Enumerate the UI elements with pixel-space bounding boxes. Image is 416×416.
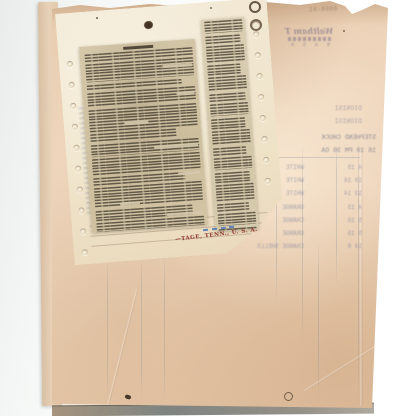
bleed-letterhead-city: N A S H bbox=[281, 42, 337, 48]
punch-hole bbox=[263, 157, 269, 163]
punch-hole bbox=[258, 94, 264, 100]
clipping-paragraph bbox=[204, 19, 243, 34]
paper-fleck bbox=[210, 7, 212, 9]
punch-hole bbox=[255, 52, 261, 58]
punch-hole bbox=[67, 61, 73, 67]
punch-hole bbox=[253, 31, 259, 37]
clipping-paragraph bbox=[214, 156, 253, 171]
bleed-note-line: DIONISI bbox=[282, 103, 362, 116]
bleed-note: DIONISI DIONISI bbox=[282, 103, 362, 128]
punch-hole bbox=[73, 144, 79, 150]
table-gridline bbox=[107, 262, 108, 396]
table-gridline bbox=[141, 260, 142, 398]
table-row: 14 8 CHANGE SHELLS bbox=[274, 240, 362, 253]
table-gridline bbox=[318, 246, 319, 398]
punch-hole bbox=[70, 103, 76, 109]
punch-hole bbox=[75, 165, 81, 171]
news-clipping bbox=[79, 39, 208, 233]
bleed-letterhead: Waltham T N A S H bbox=[281, 27, 337, 48]
row-label: WHITE bbox=[286, 161, 304, 174]
table-row: 4 15 WHITE bbox=[274, 161, 362, 174]
clipping-paragraph bbox=[209, 92, 245, 102]
row-time: 4 15 bbox=[304, 201, 362, 214]
punch-hole bbox=[265, 178, 271, 184]
corner-mark: 24-0000 bbox=[309, 6, 338, 14]
punch-hole bbox=[72, 124, 78, 130]
punch-hole bbox=[256, 73, 262, 79]
table-row: 5 15 ORANGE bbox=[274, 227, 362, 240]
clipping-paragraph bbox=[217, 202, 249, 212]
table-gridline bbox=[164, 258, 165, 400]
row-time: 5 15 bbox=[304, 227, 362, 240]
row-label: CHANGE SHELLS bbox=[257, 240, 304, 253]
table-row: 4 15 ORANGE bbox=[274, 201, 362, 214]
clipping-paragraph bbox=[213, 146, 246, 156]
clipping-paragraph bbox=[205, 34, 240, 44]
paper-fleck bbox=[343, 30, 345, 32]
clipping-paragraph bbox=[208, 75, 247, 92]
punch-hole-ring bbox=[249, 1, 261, 13]
bleed-header-line: 16 10 PM 30 OA bbox=[276, 144, 376, 157]
punch-hole-ring bbox=[250, 19, 262, 31]
row-time: 4 15 bbox=[304, 161, 362, 174]
clipping-paragraph bbox=[207, 63, 241, 75]
table-row: 5 16 CHANGE bbox=[274, 214, 362, 227]
paper-fleck bbox=[96, 17, 98, 19]
scanned-document-page: Waltham T N A S H DIONISI DIONISI STEPHE… bbox=[0, 0, 416, 416]
row-label: ORANGE bbox=[282, 201, 304, 214]
clipping-paragraph bbox=[210, 102, 249, 117]
punch-hole bbox=[80, 228, 86, 234]
punch-hole bbox=[68, 82, 74, 88]
bleed-note-line: DIONISI bbox=[282, 116, 362, 129]
row-time: 13 14 bbox=[304, 187, 362, 200]
clipping-paragraph bbox=[212, 129, 251, 146]
punch-hole-ring bbox=[284, 392, 293, 401]
bleed-header-line: STEPHEND CHUCK bbox=[276, 131, 376, 144]
row-time: 14 8 bbox=[304, 240, 362, 253]
row-time: 10 16 bbox=[304, 174, 362, 187]
clipping-paragraph bbox=[211, 117, 246, 129]
punch-hole bbox=[77, 186, 83, 192]
punch-hole bbox=[82, 249, 88, 255]
row-time: 5 16 bbox=[304, 214, 362, 227]
punch-hole bbox=[261, 136, 267, 142]
clipping-paragraph bbox=[218, 212, 257, 227]
row-label: CHANGE bbox=[282, 214, 304, 227]
clipping-paragraph bbox=[215, 170, 251, 182]
punch-hole bbox=[78, 207, 84, 213]
paper-crease bbox=[105, 290, 139, 415]
clipping-line-gap bbox=[178, 171, 200, 176]
row-label: WHITE bbox=[286, 174, 304, 187]
bleed-table-rows: 4 15 WHITE 10 16 WHITE 13 14 WHITE 4 15 … bbox=[274, 161, 362, 253]
clipping-headline bbox=[123, 45, 153, 50]
clipping-paragraph bbox=[88, 102, 197, 131]
bleed-table-header: STEPHEND CHUCK 16 10 PM 30 OA bbox=[276, 131, 376, 157]
table-row: 13 14 WHITE bbox=[274, 187, 362, 200]
row-label: WHITE bbox=[286, 187, 304, 200]
table-header-rule bbox=[274, 157, 360, 158]
paper-crease bbox=[304, 340, 386, 392]
punch-hole bbox=[260, 115, 266, 121]
table-row: 10 16 WHITE bbox=[274, 174, 362, 187]
row-label: ORANGE bbox=[282, 227, 304, 240]
bleed-letterhead-name: Waltham T bbox=[281, 27, 337, 36]
clipping-paragraph bbox=[206, 44, 245, 63]
clipping-paragraph bbox=[216, 183, 255, 202]
bleed-letterhead-subline bbox=[287, 37, 331, 41]
